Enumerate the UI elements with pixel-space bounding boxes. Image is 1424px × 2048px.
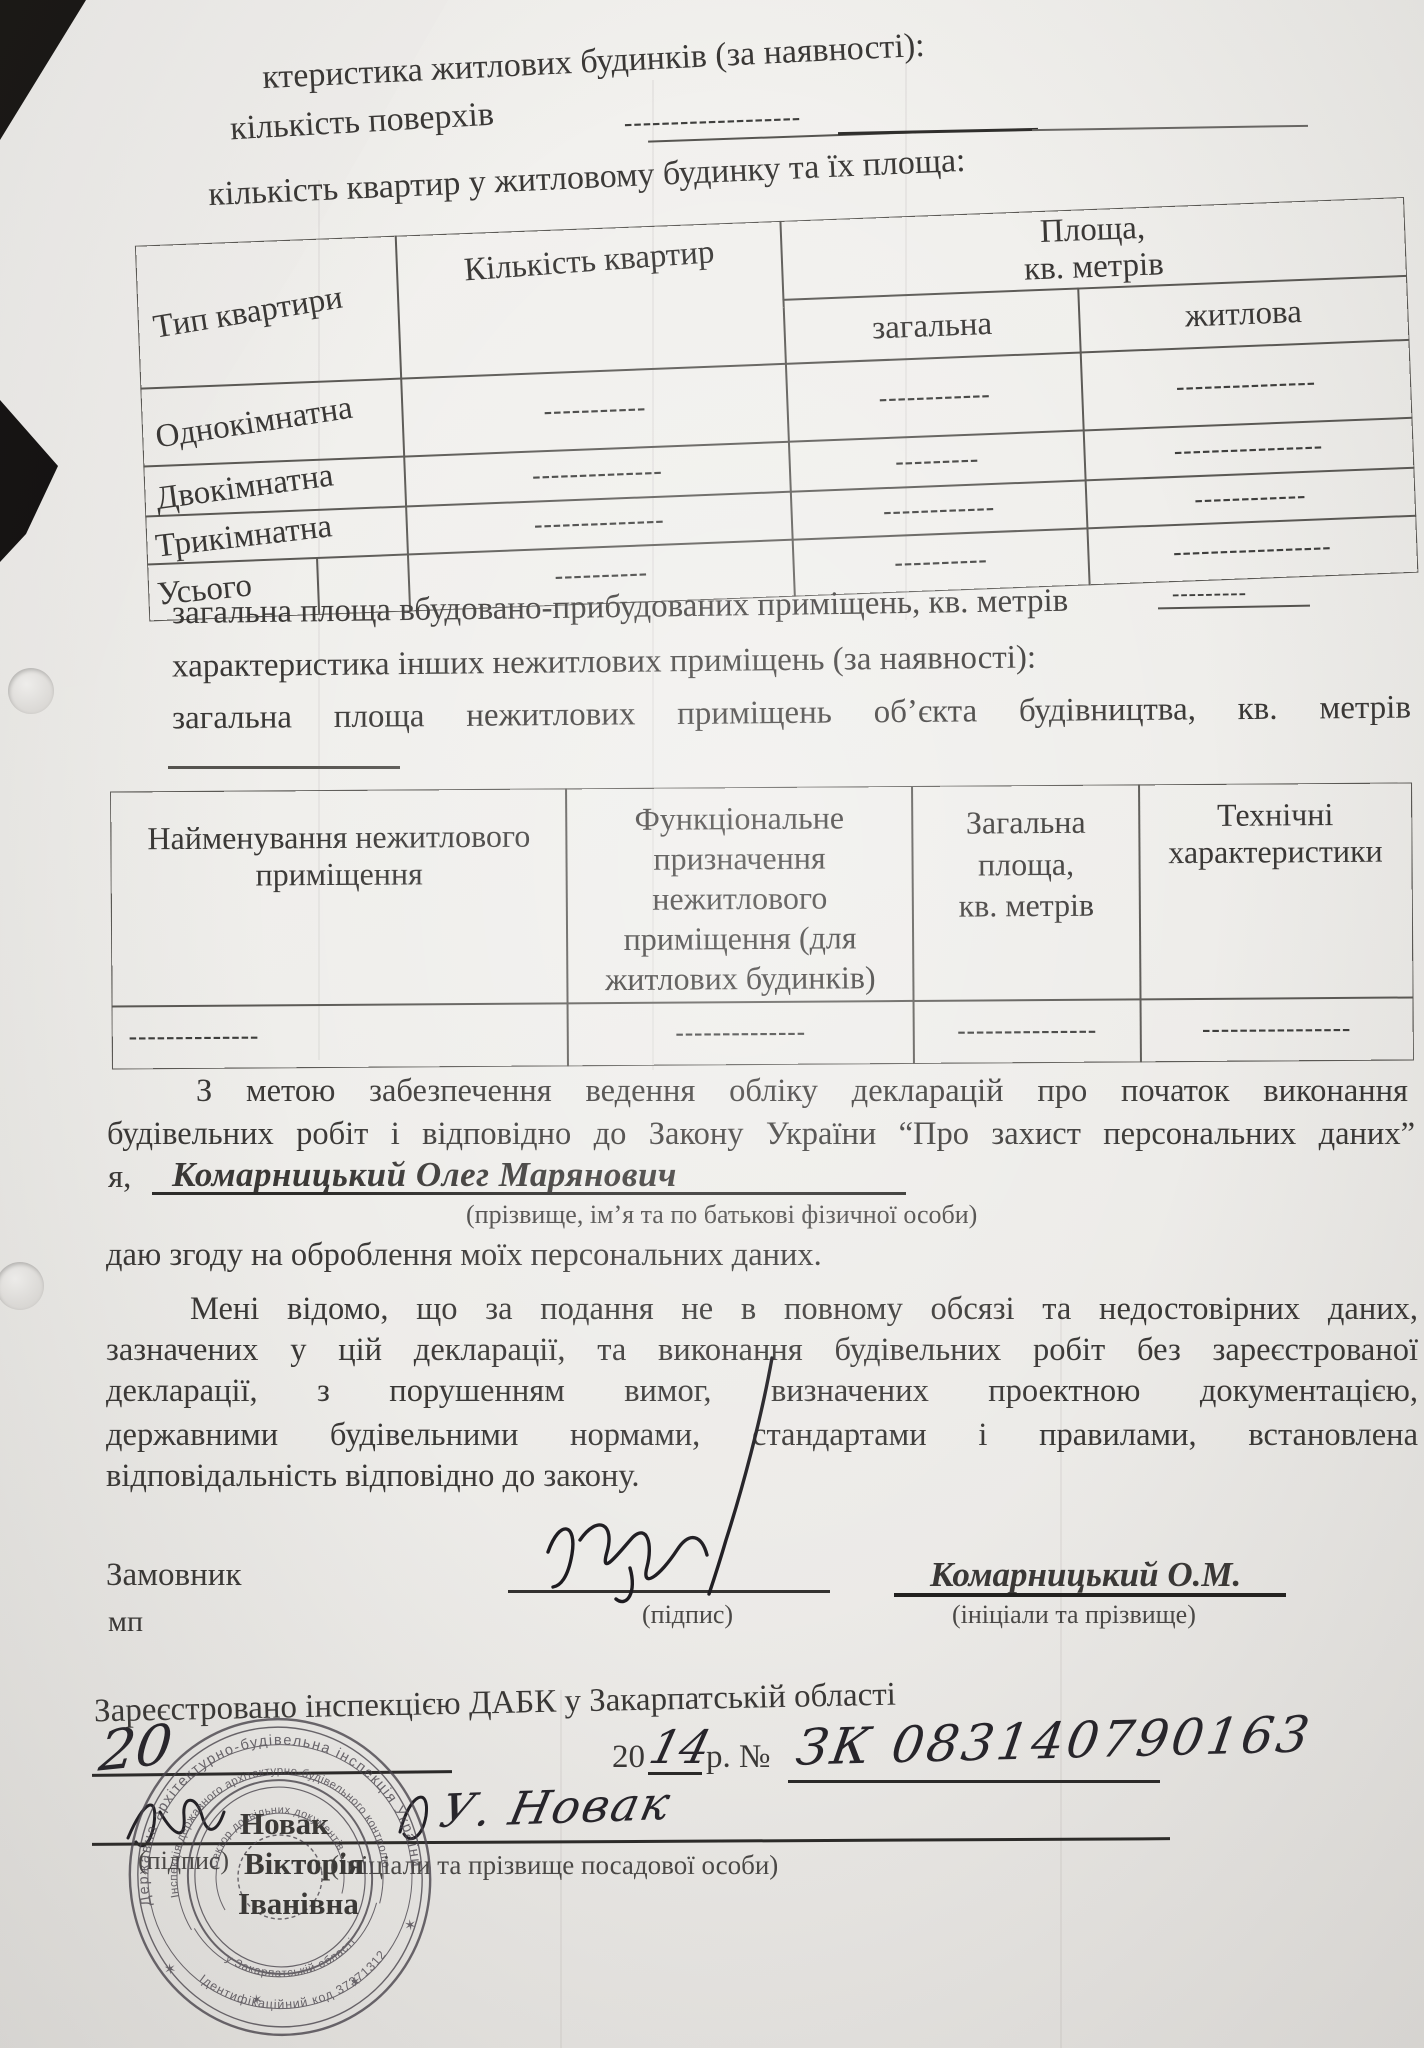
svg-text:Ідентифікаційний код 37371312: Ідентифікаційний код 37371312 xyxy=(195,1946,395,2024)
svg-text:✶: ✶ xyxy=(163,1960,178,1979)
col-header-premise-name: Найменування нежитлового приміщення xyxy=(111,789,567,1006)
name-underline xyxy=(152,1192,906,1195)
nonres-premises-table: Найменування нежитлового приміщення Функ… xyxy=(111,783,1413,1068)
consent-line-3: даю згоду на оброблення моїх персональни… xyxy=(106,1236,822,1274)
declarant-name: Комарницький Олег Марянович xyxy=(172,1154,677,1195)
svg-text:у Закарпатській області: у Закарпатській області xyxy=(222,1935,362,1989)
customer-signature-ink xyxy=(480,1340,820,1610)
table-cell: --------------- xyxy=(914,999,1141,1063)
name-hint: (прізвище, ім’я та по батькові фізичної … xyxy=(466,1200,977,1231)
year-suffix: р. № xyxy=(706,1738,771,1777)
col-header-tech: Технічні характеристики xyxy=(1139,783,1412,999)
floors-dashes: ------------------- xyxy=(624,103,802,139)
customer-label: Замовник xyxy=(106,1556,242,1595)
col-header-area-total: загальна xyxy=(783,289,1080,364)
official-name-line-3: Іванівна xyxy=(238,1886,359,1923)
hole-punch-top xyxy=(8,668,54,714)
hand-registration-number: ЗК 083140790163 xyxy=(792,1705,1316,1777)
table-cell: ----------- xyxy=(401,364,789,457)
mp-label: мп xyxy=(108,1604,143,1639)
floors-line-dark xyxy=(838,128,1038,135)
liability-line-1: Мені відомо, що за подання не в повному … xyxy=(106,1290,1418,1328)
consent-line-2: будівельних робіт і відповідно до Закону… xyxy=(107,1115,1415,1153)
builtin-area-value: --------- xyxy=(1172,579,1247,606)
table-cell: ------------ xyxy=(786,352,1084,441)
empty-underline xyxy=(168,766,400,769)
consent-pronoun: я, xyxy=(108,1158,131,1197)
official-name-line-2: Вікторія xyxy=(244,1846,364,1883)
col-header-apartment-type: Тип квартири xyxy=(136,237,401,389)
svg-text:✶: ✶ xyxy=(348,1973,362,1990)
col-header-total-area: Загальна площа, кв. метрів xyxy=(912,785,1140,1001)
table-cell: --------------- xyxy=(1081,340,1412,431)
other-premises-label: характеристика інших нежитлових приміщен… xyxy=(172,638,1036,686)
table-cell: -------------- xyxy=(568,1001,914,1065)
consent-line-1: З метою забезпечення ведення обліку декл… xyxy=(108,1072,1408,1110)
table-cell: ----------------- xyxy=(1087,516,1417,585)
svg-text:✶: ✶ xyxy=(403,1917,418,1936)
official-name-line-1: Новак xyxy=(240,1806,329,1843)
paper-crease xyxy=(1060,1300,1062,2048)
printed-year-prefix: 20 xyxy=(612,1738,645,1777)
col-header-apartment-count: Кількість квартир xyxy=(396,222,786,379)
apartments-table: Тип квартири Кількість квартир Площа, кв… xyxy=(136,198,1417,620)
initials-hint: (ініціали та прізвище) xyxy=(952,1600,1196,1631)
floors-line-thin xyxy=(1032,125,1308,131)
scanned-declaration-page: ктеристика житлових будинків (за наявнос… xyxy=(0,0,1424,2048)
col-header-purpose: Функціональне призначення нежитлового пр… xyxy=(566,787,913,1003)
hole-punch-bottom xyxy=(0,1262,44,1310)
table-cell: -------------- xyxy=(113,1003,568,1068)
table-cell: ---------------- xyxy=(1141,997,1413,1061)
customer-initials: Комарницький О.М. xyxy=(930,1554,1241,1595)
initials-underline xyxy=(894,1593,1286,1597)
year-underline xyxy=(648,1772,702,1775)
number-underline xyxy=(788,1780,1160,1783)
table-row-label: Однокімнатна xyxy=(141,379,404,467)
nonres-area-label: загальна площа нежитлових приміщень об’є… xyxy=(172,689,1411,739)
svg-text:✶: ✶ xyxy=(250,1991,264,2008)
